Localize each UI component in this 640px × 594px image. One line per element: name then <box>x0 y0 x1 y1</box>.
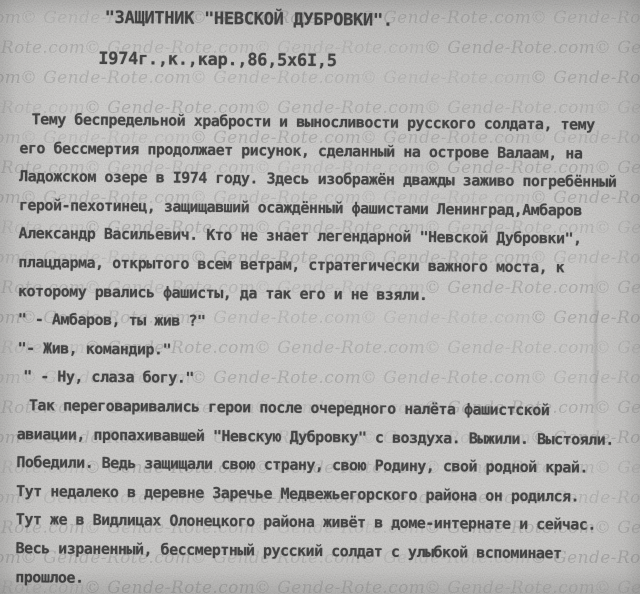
artwork-title: "ЗАЩИТНИК "НЕВСКОЙ ДУБРОВКИ". <box>105 8 393 31</box>
typewritten-content: "ЗАЩИТНИК "НЕВСКОЙ ДУБРОВКИ". I974г.,к.,… <box>0 0 640 594</box>
document-body: Тему беспредельной храбрости и выносливо… <box>15 105 640 594</box>
text-line: Весь израненный, бессмертный русский сол… <box>15 534 637 569</box>
scanned-document-page: © Gende-Rote.com© Gende-Rote.com© Gende-… <box>0 0 640 594</box>
artwork-details: I974г.,к.,кар.,86,5х6I,5 <box>98 49 337 71</box>
